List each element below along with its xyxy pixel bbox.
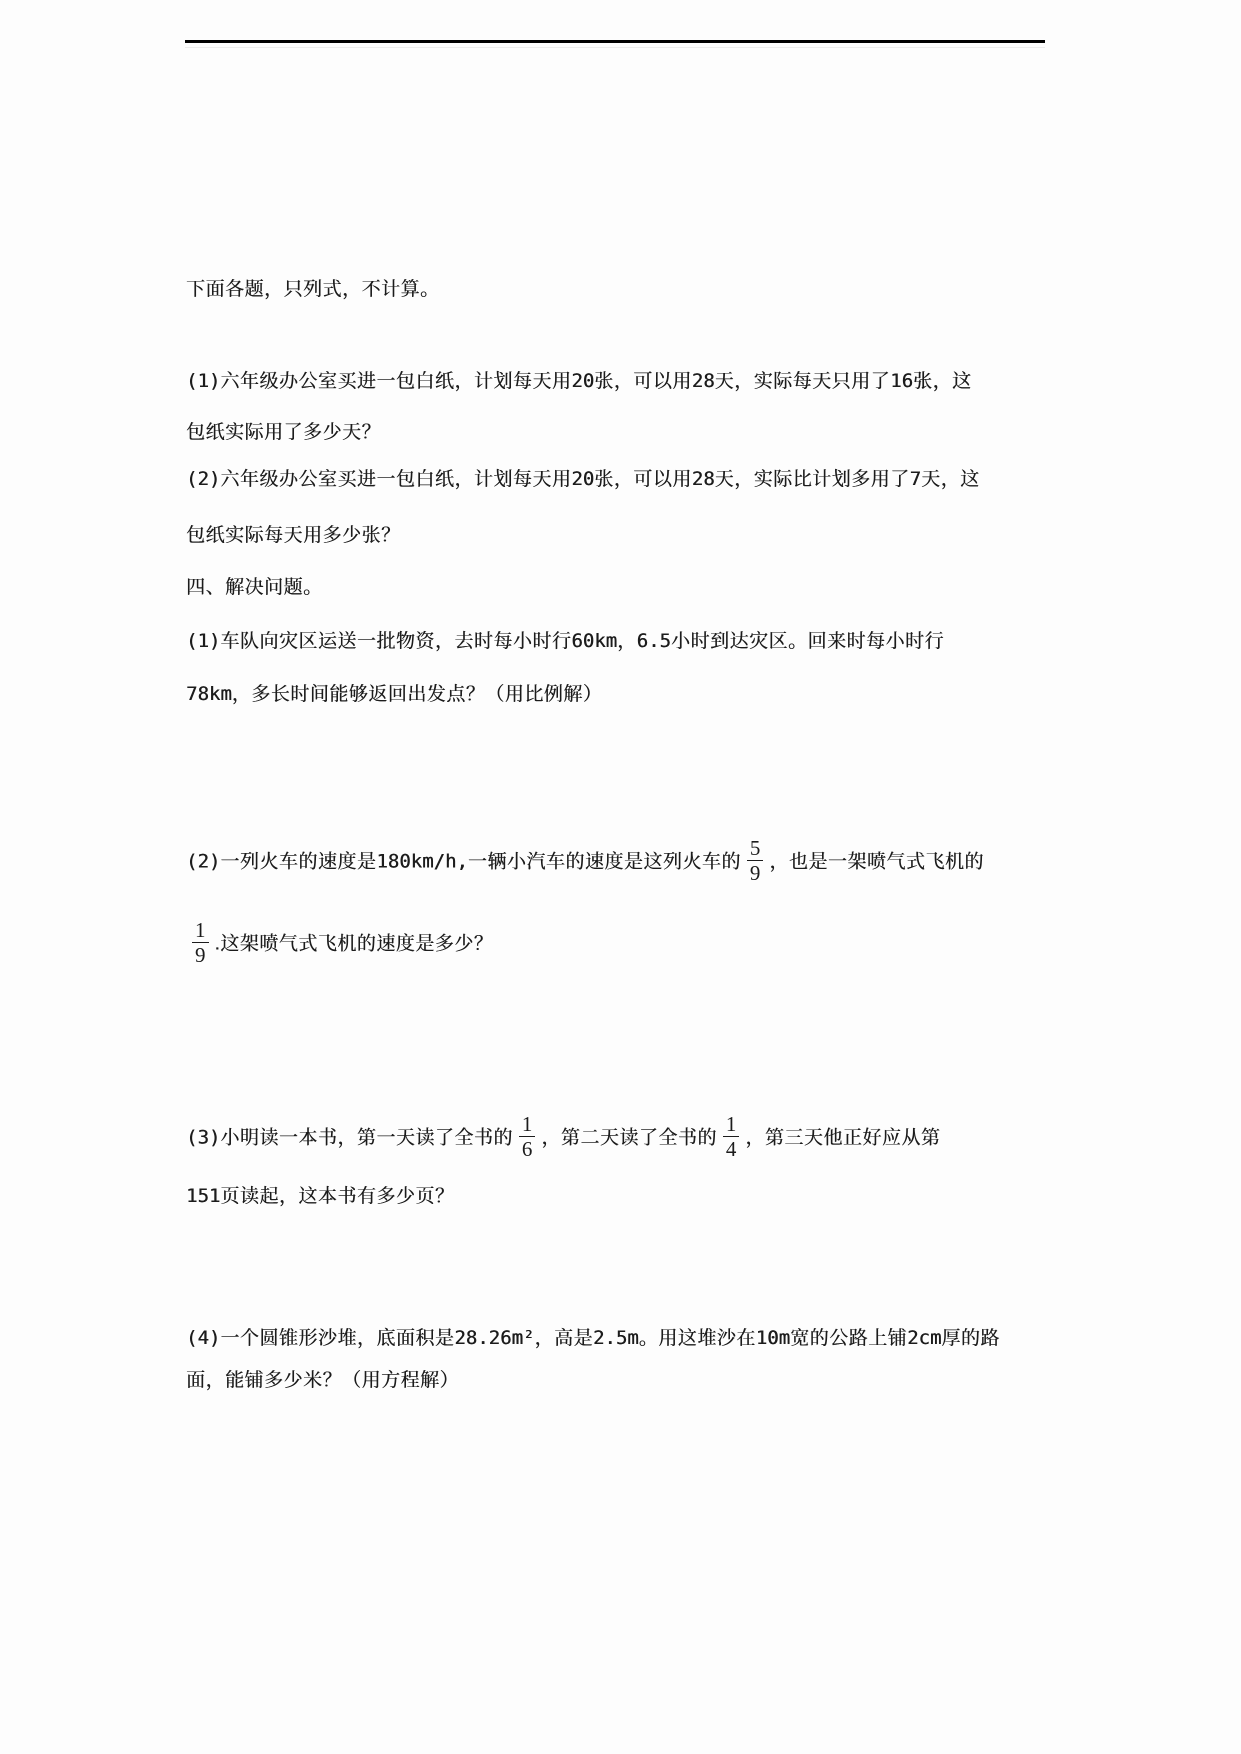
text-run: ，高是	[534, 1328, 593, 1349]
text-run: 六年级办公室买进一包白纸，计划每天用	[220, 469, 571, 490]
text-run: 天，实际比计划多用了	[715, 469, 910, 490]
solve-2-line-2: 19.这架喷气式飞机的速度是多少？	[186, 920, 493, 969]
fraction: 59	[747, 836, 764, 885]
text-run: 一列火车的速度是	[220, 852, 376, 873]
fraction-denominator: 9	[747, 860, 764, 885]
numeric-text-run: (1)	[186, 370, 220, 392]
numeric-text-run: (2)	[186, 851, 220, 873]
text-run: .这架喷气式飞机的速度是多少？	[215, 934, 494, 955]
text-run: ，第二天读了全书的	[541, 1128, 717, 1149]
numeric-text-run: 151	[186, 1185, 220, 1207]
numeric-text-run: 20	[571, 468, 594, 490]
text-run: 六年级办公室买进一包白纸，计划每天用	[220, 371, 571, 392]
numeric-text-run: 10m	[756, 1327, 790, 1349]
text-run: 页读起，这本书有多少页？	[220, 1186, 454, 1207]
list-only-instruction: 下面各题，只列式，不计算。	[186, 276, 440, 303]
text-run: 宽的公路上铺	[790, 1328, 907, 1349]
document-page: 下面各题，只列式，不计算。 (1)六年级办公室买进一包白纸，计划每天用20张，可…	[0, 0, 1241, 1754]
numeric-text-run: 180km/h,	[376, 851, 468, 873]
numeric-text-run: 78km	[186, 683, 232, 705]
text-run: ，	[617, 631, 637, 652]
text-run: 包纸实际用了多少天？	[186, 422, 381, 443]
numeric-text-run: 20	[571, 370, 594, 392]
solve-1-line-2: 78km，多长时间能够返回出发点？（用比例解）	[186, 681, 602, 708]
fraction: 19	[192, 918, 209, 967]
numeric-text-run: 2.5m	[593, 1327, 639, 1349]
solve-3-line-2: 151页读起，这本书有多少页？	[186, 1183, 454, 1210]
text-run: 小时到达灾区。回来时每小时行	[671, 631, 944, 652]
numeric-text-run: 2cm	[907, 1327, 941, 1349]
text-run: 四、解决问题。	[186, 577, 323, 598]
fraction-numerator: 1	[519, 1112, 536, 1136]
numeric-text-run: 16	[890, 370, 913, 392]
text-run: 张，可以用	[594, 371, 692, 392]
text-run: 面，能铺多少米？（用方程解）	[186, 1370, 459, 1391]
section-4-heading: 四、解决问题。	[186, 574, 323, 601]
problem-2-line-2: 包纸实际每天用多少张？	[186, 522, 401, 549]
numeric-text-run: m²	[512, 1327, 535, 1349]
text-run: ，也是一架喷气式飞机的	[769, 852, 984, 873]
numeric-text-run: (4)	[186, 1327, 220, 1349]
numeric-text-run: 28.26	[454, 1327, 511, 1349]
fraction: 16	[519, 1112, 536, 1161]
text-run: 天，这	[921, 469, 980, 490]
fraction-denominator: 4	[723, 1136, 740, 1161]
numeric-text-run: 6.5	[637, 630, 671, 652]
solve-3-line-1: (3)小明读一本书，第一天读了全书的16，第二天读了全书的14，第三天他正好应从…	[186, 1114, 940, 1163]
numeric-text-run: 28	[692, 468, 715, 490]
numeric-text-run: 7	[910, 468, 921, 490]
text-run: ，多长时间能够返回出发点？（用比例解）	[232, 684, 603, 705]
text-run: 张，可以用	[594, 469, 692, 490]
solve-4-line-2: 面，能铺多少米？（用方程解）	[186, 1367, 459, 1394]
text-run: 车队向灾区运送一批物资，去时每小时行	[220, 631, 571, 652]
numeric-text-run: 60km	[571, 630, 617, 652]
top-horizontal-rule	[185, 40, 1045, 43]
solve-2-line-1: (2)一列火车的速度是180km/h,一辆小汽车的速度是这列火车的59，也是一架…	[186, 838, 984, 887]
fraction-denominator: 6	[519, 1136, 536, 1161]
solve-1-line-1: (1)车队向灾区运送一批物资，去时每小时行60km，6.5小时到达灾区。回来时每…	[186, 628, 944, 655]
fraction: 14	[723, 1112, 740, 1161]
solve-4-line-1: (4)一个圆锥形沙堆，底面积是28.26m²，高是2.5m。用这堆沙在10m宽的…	[186, 1325, 1000, 1352]
fraction-denominator: 9	[192, 942, 209, 967]
problem-1-line-1: (1)六年级办公室买进一包白纸，计划每天用20张，可以用28天，实际每天只用了1…	[186, 368, 972, 395]
top-rule-shadow	[185, 47, 1045, 48]
text-run: 张，这	[913, 371, 972, 392]
numeric-text-run: (2)	[186, 468, 220, 490]
problem-2-line-1: (2)六年级办公室买进一包白纸，计划每天用20张，可以用28天，实际比计划多用了…	[186, 466, 980, 493]
numeric-text-run: 28	[692, 370, 715, 392]
text-run: 下面各题，只列式，不计算。	[186, 279, 440, 300]
problem-1-line-2: 包纸实际用了多少天？	[186, 419, 381, 446]
numeric-text-run: (3)	[186, 1127, 220, 1149]
text-run: 一个圆锥形沙堆，底面积是	[220, 1328, 454, 1349]
fraction-numerator: 5	[747, 836, 764, 860]
text-run: 厚的路	[941, 1328, 1000, 1349]
numeric-text-run: (1)	[186, 630, 220, 652]
text-run: 。用这堆沙在	[639, 1328, 756, 1349]
text-run: ，第三天他正好应从第	[745, 1128, 940, 1149]
text-run: 天，实际每天只用了	[715, 371, 891, 392]
text-run: 包纸实际每天用多少张？	[186, 525, 401, 546]
fraction-numerator: 1	[192, 918, 209, 942]
text-run: 一辆小汽车的速度是这列火车的	[468, 852, 741, 873]
text-run: 小明读一本书，第一天读了全书的	[220, 1128, 513, 1149]
fraction-numerator: 1	[723, 1112, 740, 1136]
